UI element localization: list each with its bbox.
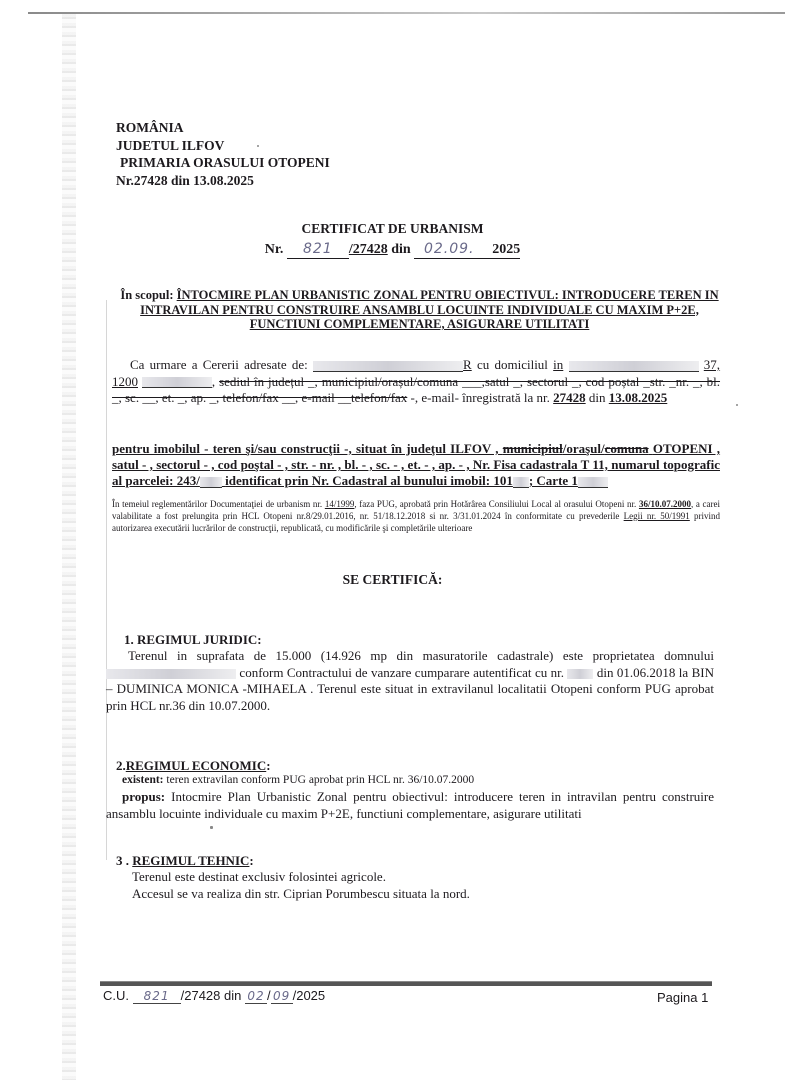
scope-label: În scopul: <box>120 288 173 302</box>
property-paragraph: pentru imobilul - teren şi/sau construcţ… <box>112 441 720 489</box>
redacted-applicant <box>313 361 463 372</box>
redacted-owner <box>106 669 236 679</box>
scan-edge-top <box>28 12 785 14</box>
page-number: Pagina 1 <box>657 990 708 1005</box>
section-tehnic-title: 3 . REGIMUL TEHNIC: <box>116 853 254 869</box>
footer-reference: C.U. 821/27428 din 02/09/2025 <box>103 988 325 1004</box>
redacted-address <box>569 361 699 372</box>
section-juridic-body: Terenul in suprafata de 15.000 (14.926 m… <box>106 648 714 714</box>
section-economic-title: 2.REGIMUL ECONOMIC: <box>116 758 271 774</box>
city-hall: PRIMARIA ORASULUI OTOPENI <box>116 154 330 172</box>
country: ROMÂNIA <box>116 119 330 137</box>
redacted-land-book <box>578 477 608 488</box>
redacted-parcel <box>200 477 222 488</box>
request-reg-number: 27428 <box>553 390 586 405</box>
handwritten-number: 821 <box>303 241 333 257</box>
handwritten-date: 02.09. <box>424 241 475 257</box>
law-reference: Legii nr. 50/1991 <box>624 511 690 521</box>
scan-speck <box>210 826 213 829</box>
legal-basis: În temeiul reglementărilor Documentaţiei… <box>112 498 720 534</box>
economic-existent: existent: teren extravilan conform PUG a… <box>122 774 474 786</box>
scan-speck <box>257 145 259 147</box>
scope-paragraph: În scopul: ÎNTOCMIRE PLAN URBANISTIC ZON… <box>112 288 727 332</box>
scan-speck <box>736 404 738 406</box>
footer-divider <box>100 981 712 986</box>
redacted-contract-nr <box>567 669 593 679</box>
document-title: CERTIFICAT DE URBANISM <box>0 221 785 237</box>
section-juridic-title: 1. REGIMUL JURIDIC: <box>124 632 262 648</box>
section-tehnic-body: Terenul este destinat exclusiv folosinte… <box>132 868 470 902</box>
certificate-number-line: Nr. 821/27428 din 02.09.2025 <box>0 241 785 259</box>
scope-text: ÎNTOCMIRE PLAN URBANISTIC ZONAL PENTRU O… <box>140 288 719 331</box>
issuer-header: ROMÂNIA JUDETUL ILFOV PRIMARIA ORASULUI … <box>116 119 330 189</box>
request-date: 13.08.2025 <box>609 390 668 405</box>
request-paragraph: Ca urmare a Cererii adresate de: R cu do… <box>112 357 720 407</box>
redacted-cadastral <box>513 477 529 488</box>
certifies-heading: SE CERTIFICĂ: <box>0 572 785 588</box>
economic-propus: propus: Intocmire Plan Urbanistic Zonal … <box>106 789 714 822</box>
redacted-locality <box>142 377 212 388</box>
registration-number: Nr.27428 din 13.08.2025 <box>116 172 330 190</box>
county: JUDETUL ILFOV <box>116 137 330 155</box>
scan-edge-left <box>62 14 76 1080</box>
